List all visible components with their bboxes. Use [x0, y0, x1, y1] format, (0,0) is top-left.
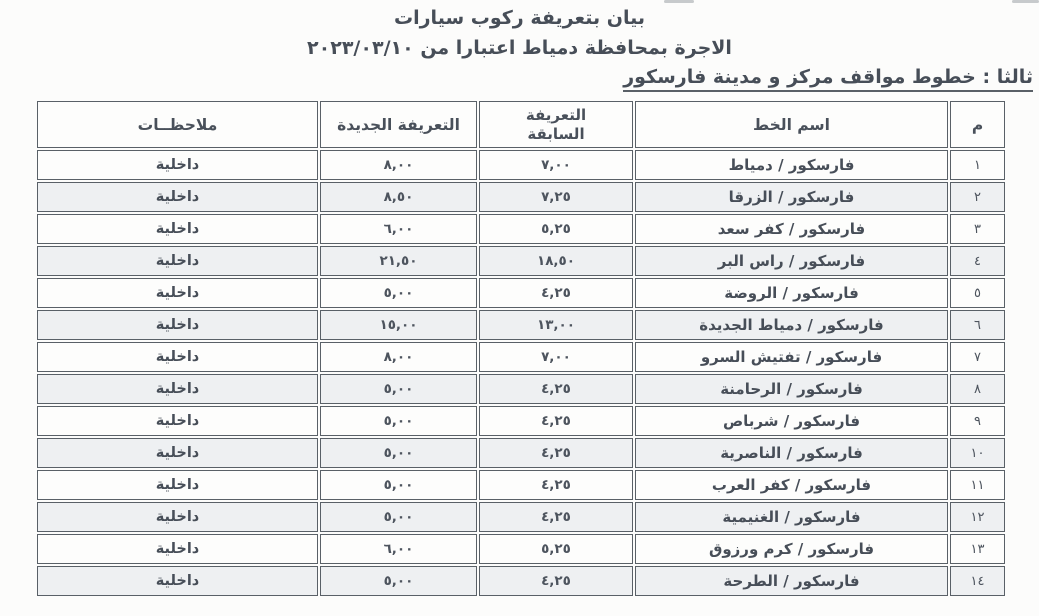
- row-prev-tariff-cell: ٤,٢٥: [479, 406, 633, 436]
- row-new-tariff-cell: ١٥,٠٠: [320, 310, 477, 340]
- row-line-name-cell: فارسكور / الطرحة: [635, 566, 948, 596]
- table-row: ٣فارسكور / كفر سعد٥,٢٥٦,٠٠داخلية: [37, 214, 1005, 244]
- row-notes-cell: داخلية: [37, 246, 318, 276]
- table-row: ١١فارسكور / كفر العرب٤,٢٥٥,٠٠داخلية: [37, 470, 1005, 500]
- row-new-tariff-cell: ٥,٠٠: [320, 278, 477, 308]
- row-notes-cell: داخلية: [37, 310, 318, 340]
- row-line-name-cell: فارسكور / دمياط: [635, 150, 948, 180]
- row-prev-tariff-cell: ٤,٢٥: [479, 470, 633, 500]
- fare-table-body: ١فارسكور / دمياط٧,٠٠٨,٠٠داخلية٢فارسكور /…: [37, 150, 1005, 596]
- table-row: ٦فارسكور / دمياط الجديدة١٣,٠٠١٥,٠٠داخلية: [37, 310, 1005, 340]
- row-prev-tariff-cell: ٤,٢٥: [479, 566, 633, 596]
- row-line-name-cell: فارسكور / راس البر: [635, 246, 948, 276]
- table-row: ٤فارسكور / راس البر١٨,٥٠٢١,٥٠داخلية: [37, 246, 1005, 276]
- col-header-notes: ملاحظــات: [37, 101, 318, 148]
- row-prev-tariff-cell: ٧,٠٠: [479, 150, 633, 180]
- table-row: ١٤فارسكور / الطرحة٤,٢٥٥,٠٠داخلية: [37, 566, 1005, 596]
- document-title-line-1: بيان بتعريفة ركوب سيارات: [0, 3, 1039, 33]
- row-index-cell: ٨: [950, 374, 1005, 404]
- row-notes-cell: داخلية: [37, 534, 318, 564]
- row-prev-tariff-cell: ٤,٢٥: [479, 374, 633, 404]
- row-new-tariff-cell: ٥,٠٠: [320, 406, 477, 436]
- row-new-tariff-cell: ٦,٠٠: [320, 534, 477, 564]
- col-header-prev-tariff: التعريفة السابقة: [479, 101, 633, 148]
- col-header-new-tariff: التعريفة الجديدة: [320, 101, 477, 148]
- row-prev-tariff-cell: ٤,٢٥: [479, 438, 633, 468]
- table-header-row: م اسم الخط التعريفة السابقة التعريفة الج…: [37, 101, 1005, 148]
- table-row: ٨فارسكور / الرحامنة٤,٢٥٥,٠٠داخلية: [37, 374, 1005, 404]
- row-index-cell: ١١: [950, 470, 1005, 500]
- row-new-tariff-cell: ٨,٥٠: [320, 182, 477, 212]
- table-row: ١٠فارسكور / الناصرية٤,٢٥٥,٠٠داخلية: [37, 438, 1005, 468]
- fare-table: م اسم الخط التعريفة السابقة التعريفة الج…: [35, 99, 1007, 598]
- row-new-tariff-cell: ٨,٠٠: [320, 150, 477, 180]
- row-new-tariff-cell: ٥,٠٠: [320, 374, 477, 404]
- row-prev-tariff-cell: ٧,٠٠: [479, 342, 633, 372]
- table-row: ١فارسكور / دمياط٧,٠٠٨,٠٠داخلية: [37, 150, 1005, 180]
- row-line-name-cell: فارسكور / شرباص: [635, 406, 948, 436]
- document-title-line-2: الاجرة بمحافظة دمياط اعتبارا من ٢٠٢٣/٠٣/…: [0, 33, 1039, 63]
- col-header-index: م: [950, 101, 1005, 148]
- col-header-prev-tariff-line1: التعريفة: [481, 106, 631, 125]
- row-notes-cell: داخلية: [37, 374, 318, 404]
- row-index-cell: ١: [950, 150, 1005, 180]
- row-index-cell: ٧: [950, 342, 1005, 372]
- row-index-cell: ١٣: [950, 534, 1005, 564]
- row-new-tariff-cell: ٥,٠٠: [320, 502, 477, 532]
- row-index-cell: ١٢: [950, 502, 1005, 532]
- row-notes-cell: داخلية: [37, 438, 318, 468]
- section-title-wrap: ثالثا : خطوط مواقف مركز و مدينة فارسكور: [0, 66, 1033, 92]
- row-notes-cell: داخلية: [37, 278, 318, 308]
- row-prev-tariff-cell: ٥,٢٥: [479, 214, 633, 244]
- row-new-tariff-cell: ٢١,٥٠: [320, 246, 477, 276]
- row-line-name-cell: فارسكور / الرحامنة: [635, 374, 948, 404]
- fare-table-head: م اسم الخط التعريفة السابقة التعريفة الج…: [37, 101, 1005, 148]
- row-new-tariff-cell: ٥,٠٠: [320, 438, 477, 468]
- row-line-name-cell: فارسكور / دمياط الجديدة: [635, 310, 948, 340]
- table-row: ٥فارسكور / الروضة٤,٢٥٥,٠٠داخلية: [37, 278, 1005, 308]
- scan-artifact-mark: [1012, 0, 1039, 3]
- row-new-tariff-cell: ٨,٠٠: [320, 342, 477, 372]
- row-prev-tariff-cell: ١٨,٥٠: [479, 246, 633, 276]
- row-notes-cell: داخلية: [37, 150, 318, 180]
- document-header: بيان بتعريفة ركوب سيارات الاجرة بمحافظة …: [0, 0, 1039, 63]
- row-index-cell: ١٠: [950, 438, 1005, 468]
- row-prev-tariff-cell: ٤,٢٥: [479, 502, 633, 532]
- row-new-tariff-cell: ٥,٠٠: [320, 566, 477, 596]
- row-prev-tariff-cell: ٥,٢٥: [479, 534, 633, 564]
- row-notes-cell: داخلية: [37, 502, 318, 532]
- table-row: ١٣فارسكور / كرم ورزوق٥,٢٥٦,٠٠داخلية: [37, 534, 1005, 564]
- row-index-cell: ٢: [950, 182, 1005, 212]
- row-index-cell: ٤: [950, 246, 1005, 276]
- table-row: ١٢فارسكور / الغنيمية٤,٢٥٥,٠٠داخلية: [37, 502, 1005, 532]
- table-row: ٧فارسكور / تفتيش السرو٧,٠٠٨,٠٠داخلية: [37, 342, 1005, 372]
- row-line-name-cell: فارسكور / الزرقا: [635, 182, 948, 212]
- col-header-prev-tariff-line2: السابقة: [481, 125, 631, 144]
- row-new-tariff-cell: ٦,٠٠: [320, 214, 477, 244]
- row-index-cell: ٣: [950, 214, 1005, 244]
- row-notes-cell: داخلية: [37, 342, 318, 372]
- row-line-name-cell: فارسكور / كفر العرب: [635, 470, 948, 500]
- row-index-cell: ٦: [950, 310, 1005, 340]
- row-index-cell: ١٤: [950, 566, 1005, 596]
- row-line-name-cell: فارسكور / تفتيش السرو: [635, 342, 948, 372]
- row-prev-tariff-cell: ١٣,٠٠: [479, 310, 633, 340]
- table-row: ٩فارسكور / شرباص٤,٢٥٥,٠٠داخلية: [37, 406, 1005, 436]
- scan-artifact-mark: [664, 0, 694, 3]
- table-row: ٢فارسكور / الزرقا٧,٢٥٨,٥٠داخلية: [37, 182, 1005, 212]
- scanned-document-page: { "page": { "title_line1": "بيان بتعريفة…: [0, 0, 1039, 616]
- row-line-name-cell: فارسكور / الروضة: [635, 278, 948, 308]
- row-line-name-cell: فارسكور / كرم ورزوق: [635, 534, 948, 564]
- row-notes-cell: داخلية: [37, 470, 318, 500]
- row-prev-tariff-cell: ٧,٢٥: [479, 182, 633, 212]
- row-line-name-cell: فارسكور / كفر سعد: [635, 214, 948, 244]
- row-index-cell: ٩: [950, 406, 1005, 436]
- row-new-tariff-cell: ٥,٠٠: [320, 470, 477, 500]
- row-line-name-cell: فارسكور / الغنيمية: [635, 502, 948, 532]
- row-notes-cell: داخلية: [37, 182, 318, 212]
- row-notes-cell: داخلية: [37, 406, 318, 436]
- section-title: ثالثا : خطوط مواقف مركز و مدينة فارسكور: [623, 66, 1033, 92]
- row-notes-cell: داخلية: [37, 214, 318, 244]
- row-notes-cell: داخلية: [37, 566, 318, 596]
- row-index-cell: ٥: [950, 278, 1005, 308]
- col-header-line-name: اسم الخط: [635, 101, 948, 148]
- row-line-name-cell: فارسكور / الناصرية: [635, 438, 948, 468]
- row-prev-tariff-cell: ٤,٢٥: [479, 278, 633, 308]
